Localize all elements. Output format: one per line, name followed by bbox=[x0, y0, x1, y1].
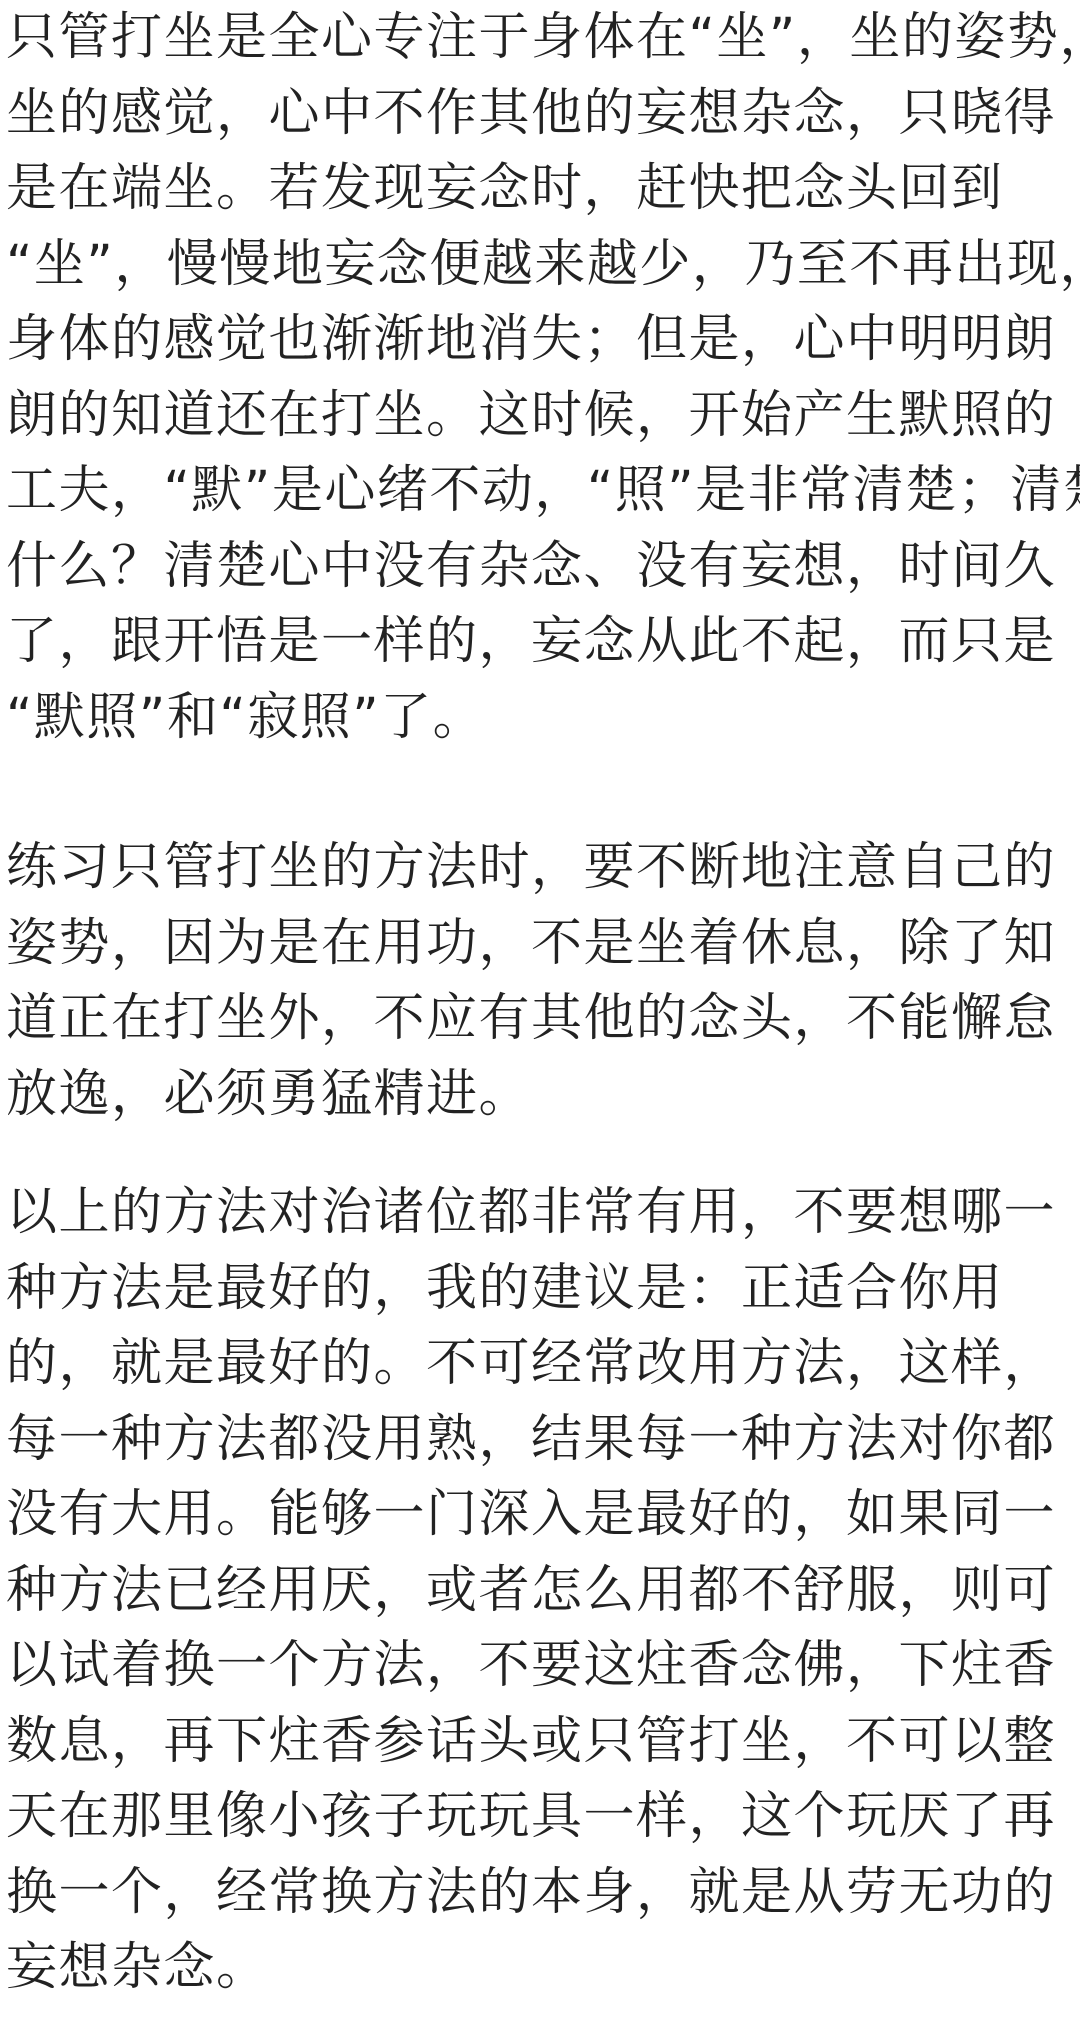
text-line: 换一个，经常换方法的本身，就是从劳无功的 bbox=[6, 1855, 1056, 1931]
text-line: 以上的方法对治诸位都非常有用，不要想哪一 bbox=[6, 1175, 1056, 1251]
text-line: 数息，再下炷香参话头或只管打坐，不可以整 bbox=[6, 1704, 1056, 1780]
text-line: 放逸，必须勇猛精进。 bbox=[6, 1057, 1056, 1133]
text-line: 以试着换一个方法，不要这炷香念佛，下炷香 bbox=[6, 1628, 1056, 1704]
text-line: 坐的感觉，心中不作其他的妄想杂念，只晓得 bbox=[6, 76, 1080, 152]
text-line: 了，跟开悟是一样的，妄念从此不起，而只是 bbox=[6, 604, 1080, 680]
text-line: 什么？清楚心中没有杂念、没有妄想，时间久 bbox=[6, 529, 1080, 605]
text-line: 每一种方法都没用熟，结果每一种方法对你都 bbox=[6, 1402, 1056, 1478]
text-line: 的，就是最好的。不可经常改用方法，这样， bbox=[6, 1326, 1056, 1402]
text-line: 姿势，因为是在用功，不是坐着休息，除了知 bbox=[6, 906, 1056, 982]
text-line: “默照”和“寂照”了。 bbox=[6, 680, 1080, 756]
text-line: 朗的知道还在打坐。这时候，开始产生默照的 bbox=[6, 378, 1080, 454]
text-line: 只管打坐是全心专注于身体在“坐”，坐的姿势， bbox=[6, 0, 1080, 76]
text-line: 身体的感觉也渐渐地消失；但是，心中明明朗 bbox=[6, 302, 1080, 378]
text-line: 练习只管打坐的方法时，要不断地注意自己的 bbox=[6, 830, 1056, 906]
paragraph-practice-advice: 练习只管打坐的方法时，要不断地注意自己的 姿势，因为是在用功，不是坐着休息，除了… bbox=[6, 830, 1056, 1132]
text-line: 天在那里像小孩子玩玩具一样，这个玩厌了再 bbox=[6, 1779, 1056, 1855]
text-line: 妄想杂念。 bbox=[6, 1930, 1056, 2006]
paragraph-zazen-description: 只管打坐是全心专注于身体在“坐”，坐的姿势， 坐的感觉，心中不作其他的妄想杂念，… bbox=[6, 0, 1080, 755]
text-line: 是在端坐。若发现妄念时，赶快把念头回到 bbox=[6, 151, 1080, 227]
text-line: 种方法已经用厌，或者怎么用都不舒服，则可 bbox=[6, 1553, 1056, 1629]
text-line: 没有大用。能够一门深入是最好的，如果同一 bbox=[6, 1477, 1056, 1553]
paragraph-method-recommendation: 以上的方法对治诸位都非常有用，不要想哪一 种方法是最好的，我的建议是：正适合你用… bbox=[6, 1175, 1056, 2006]
text-line: 工夫，“默”是心绪不动，“照”是非常清楚；清楚 bbox=[6, 453, 1080, 529]
text-line: 道正在打坐外，不应有其他的念头，不能懈怠 bbox=[6, 981, 1056, 1057]
text-line: 种方法是最好的，我的建议是：正适合你用 bbox=[6, 1251, 1056, 1327]
text-line: “坐”，慢慢地妄念便越来越少，乃至不再出现， bbox=[6, 227, 1080, 303]
